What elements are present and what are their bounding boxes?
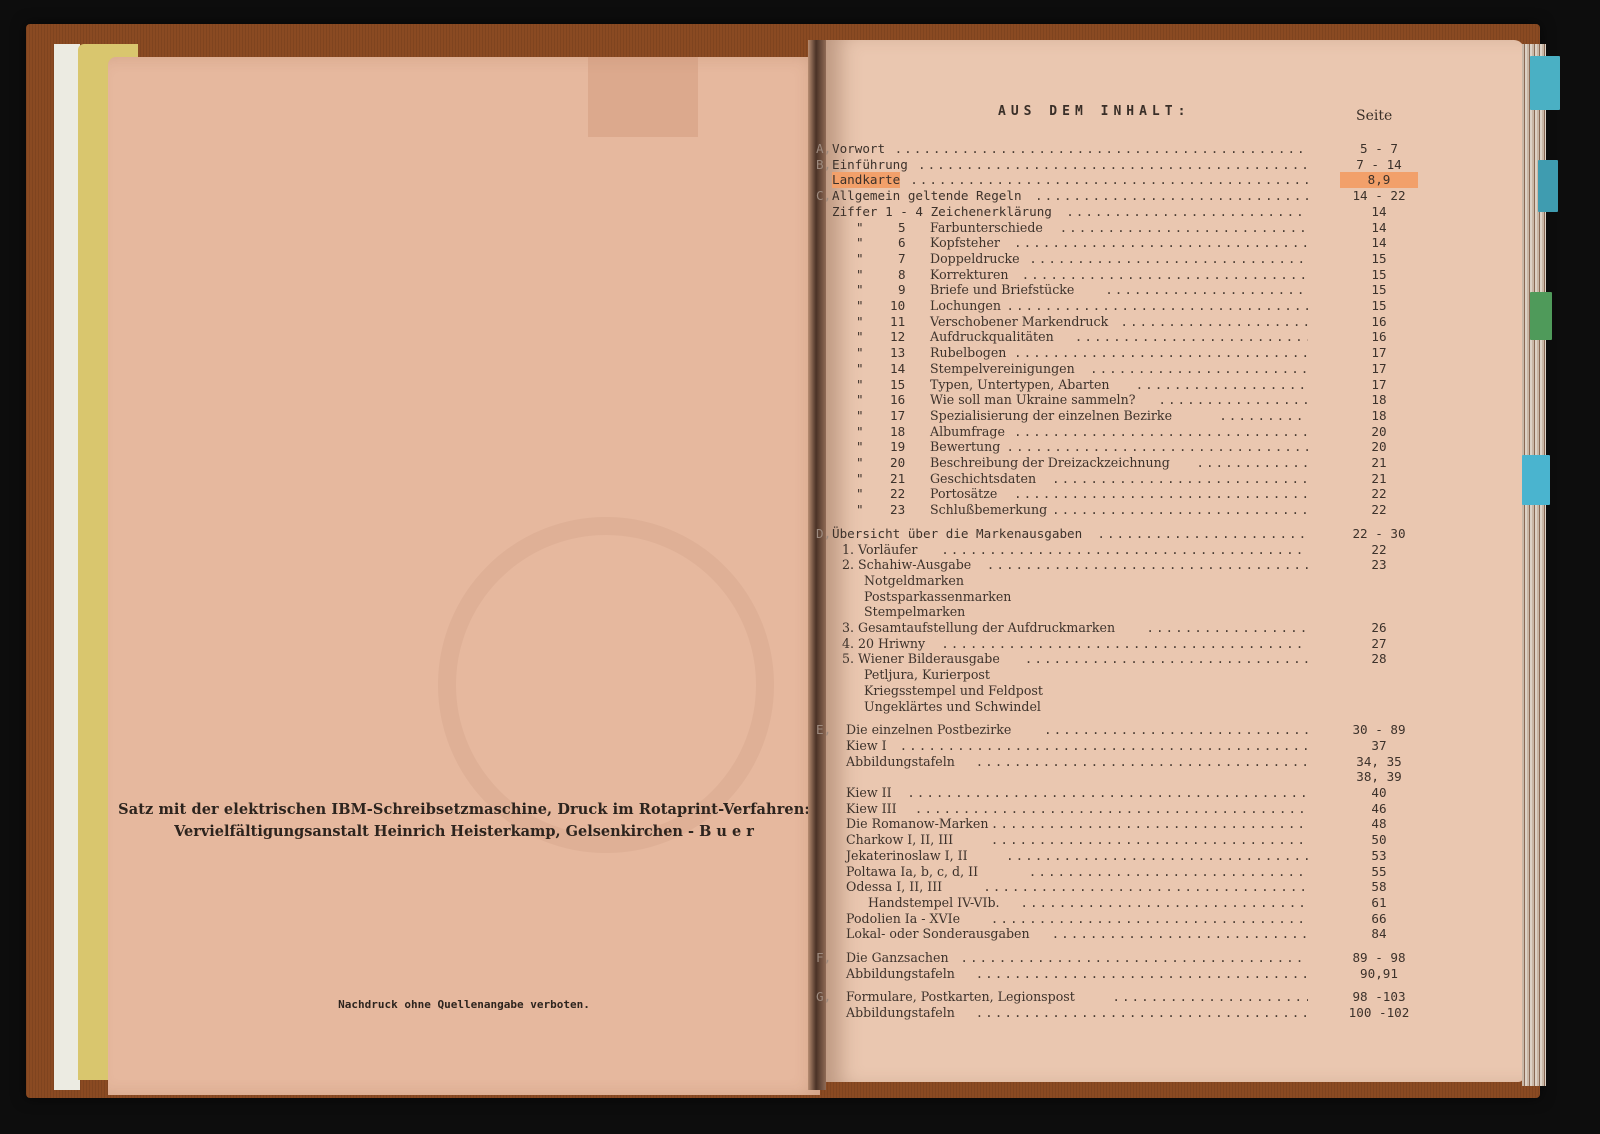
item-number: 15 (890, 377, 905, 393)
section-letter: D, (816, 526, 831, 542)
page-number: 7 - 14 (1340, 157, 1418, 173)
ditto-mark: " (856, 392, 864, 408)
entry-label: Die einzelnen Postbezirke (846, 722, 1011, 738)
entry-label: Rubelbogen (930, 345, 1006, 361)
leader-dots: ........................................… (1035, 188, 1308, 204)
page-number: 37 (1340, 738, 1418, 754)
leader-dots: ........................................… (1136, 377, 1308, 393)
copyright-notice: Nachdruck ohne Quellenangabe verboten. (108, 998, 820, 1011)
leader-dots: ........................................… (983, 879, 1308, 895)
leader-dots: ........................................… (915, 801, 1308, 817)
leader-dots: ........................................… (1052, 502, 1308, 518)
entry-label: Doppeldrucke (930, 251, 1020, 267)
leader-dots: ........................................… (1014, 345, 1308, 361)
entry-label: Bewertung (930, 439, 1000, 455)
leader-dots: ........................................… (1097, 526, 1308, 542)
ditto-mark: " (856, 439, 864, 455)
index-tab (1530, 56, 1560, 110)
entry-label: Ziffer 1 - 4 Zeichenerklärung (832, 204, 1052, 220)
entry-label: Landkarte (832, 172, 900, 188)
leader-dots: ........................................… (1158, 392, 1308, 408)
page-number: 53 (1340, 848, 1418, 864)
page-number: 20 (1340, 439, 1418, 455)
entry-label: Handstempel IV-VIb. (868, 895, 1000, 911)
entry-label: Jekaterinoslaw I, II (846, 848, 968, 864)
leader-dots: ........................................… (941, 636, 1308, 652)
leader-dots: ........................................… (1044, 722, 1308, 738)
leader-dots: ........................................… (1105, 282, 1308, 298)
entry-label: 4. 20 Hriwny (842, 636, 925, 652)
page-number: 8,9 (1340, 172, 1418, 188)
leader-dots: ........................................… (1146, 620, 1308, 636)
ditto-mark: " (856, 455, 864, 471)
entry-label: Briefe und Briefstücke (930, 282, 1074, 298)
page-number: 100 -102 (1340, 1005, 1418, 1021)
ditto-mark: " (856, 502, 864, 518)
entry-label: Übersicht über die Markenausgaben (832, 526, 1082, 542)
item-number: 22 (890, 486, 905, 502)
page-number: 18 (1340, 408, 1418, 424)
leader-dots: ........................................… (1052, 926, 1308, 942)
page-number: 98 -103 (1340, 989, 1418, 1005)
page-number: 55 (1340, 864, 1418, 880)
entry-label: Kiew I (846, 738, 887, 754)
leader-dots: ........................................… (907, 785, 1308, 801)
leader-dots: ........................................… (1112, 989, 1308, 1005)
entry-label: Odessa I, II, III (846, 879, 942, 895)
page-number: 18 (1340, 392, 1418, 408)
item-number: 13 (890, 345, 905, 361)
entry-label: Albumfrage (930, 424, 1005, 440)
entry-label: Abbildungstafeln (846, 966, 955, 982)
page-number: 40 (1340, 785, 1418, 801)
entry-label: Verschobener Markendruck (930, 314, 1108, 330)
page-number: 23 (1340, 557, 1418, 573)
page-number: 90,91 (1340, 966, 1418, 982)
leader-dots: ........................................… (1090, 361, 1308, 377)
section-letter: F, (816, 950, 831, 966)
ditto-mark: " (856, 298, 864, 314)
section-letter: G, (816, 989, 831, 1005)
entry-label: 2. Schahiw-Ausgabe (842, 557, 971, 573)
section-letter: B, (816, 157, 831, 173)
page-number: 14 (1340, 204, 1418, 220)
entry-label: Korrekturen (930, 267, 1009, 283)
leader-dots: ........................................… (910, 172, 1308, 188)
leader-dots: ........................................… (895, 141, 1308, 157)
leader-dots: ........................................… (1014, 486, 1308, 502)
item-number: 20 (890, 455, 905, 471)
entry-label: 1. Vorläufer (842, 542, 917, 558)
section-letter: E, (816, 722, 831, 738)
entry-label: Notgeldmarken (864, 573, 964, 589)
leader-dots: ........................................… (1014, 424, 1308, 440)
page-number: 21 (1340, 455, 1418, 471)
entry-label: Stempelmarken (864, 604, 965, 620)
section-letter: A, (816, 141, 831, 157)
page-number: 17 (1340, 345, 1418, 361)
page-number: 84 (1340, 926, 1418, 942)
page-number: 22 - 30 (1340, 526, 1418, 542)
page-number: 27 (1340, 636, 1418, 652)
page-number: 16 (1340, 314, 1418, 330)
page-number: 15 (1340, 251, 1418, 267)
entry-label: Podolien Ia - XVIe (846, 911, 960, 927)
page-number: 66 (1340, 911, 1418, 927)
entry-label: Abbildungstafeln (846, 1005, 955, 1021)
entry-label: Kriegsstempel und Feldpost (864, 683, 1043, 699)
page-number: 50 (1340, 832, 1418, 848)
page-number: 30 - 89 (1340, 722, 1418, 738)
ditto-mark: " (856, 345, 864, 361)
page-number: 61 (1340, 895, 1418, 911)
entry-label: Poltawa Ia, b, c, d, II (846, 864, 978, 880)
page-number: 38, 39 (1340, 769, 1418, 785)
entry-label: Farbunterschiede (930, 220, 1043, 236)
index-tab (1530, 292, 1552, 340)
imprint-line-1: Satz mit der elektrischen IBM-Schreibset… (108, 801, 820, 818)
item-number: 6 (898, 235, 906, 251)
entry-label: Petljura, Kurierpost (864, 667, 990, 683)
entry-label: Allgemein geltende Regeln (832, 188, 1022, 204)
page-number: 89 - 98 (1340, 950, 1418, 966)
page-number: 14 (1340, 235, 1418, 251)
entry-label: Spezialisierung der einzelnen Bezirke (930, 408, 1172, 424)
item-number: 8 (898, 267, 906, 283)
leader-dots: ........................................… (1052, 471, 1308, 487)
item-number: 21 (890, 471, 905, 487)
ditto-mark: " (856, 361, 864, 377)
page-number: 22 (1340, 486, 1418, 502)
leader-dots: ........................................… (987, 557, 1308, 573)
item-number: 16 (890, 392, 905, 408)
page-number: 58 (1340, 879, 1418, 895)
leader-dots: ........................................… (991, 911, 1308, 927)
leader-dots: ........................................… (976, 754, 1308, 770)
leader-dots: ........................................… (1066, 204, 1308, 220)
item-number: 19 (890, 439, 905, 455)
entry-label: Die Romanow-Marken (846, 816, 988, 832)
ditto-mark: " (856, 471, 864, 487)
leader-dots: ........................................… (1219, 408, 1308, 424)
imprint-line-2: Vervielfältigungsanstalt Heinrich Heiste… (108, 823, 820, 840)
page-number: 46 (1340, 801, 1418, 817)
ditto-mark: " (856, 282, 864, 298)
ditto-mark: " (856, 235, 864, 251)
leader-dots: ........................................… (1025, 651, 1308, 667)
entry-label: Die Ganzsachen (846, 950, 949, 966)
entry-label: Vorwort (832, 141, 885, 157)
page-column-header: Seite (1356, 108, 1392, 124)
leader-dots: ........................................… (1006, 848, 1308, 864)
entry-label: Kiew II (846, 785, 892, 801)
page-number: 14 (1340, 220, 1418, 236)
page-number: 14 - 22 (1340, 188, 1418, 204)
item-number: 23 (890, 502, 905, 518)
ditto-mark: " (856, 329, 864, 345)
leader-dots: ........................................… (991, 832, 1308, 848)
entry-label: Typen, Untertypen, Abarten (930, 377, 1110, 393)
item-number: 9 (898, 282, 906, 298)
page-number: 48 (1340, 816, 1418, 832)
index-tab (1538, 160, 1558, 212)
item-number: 5 (898, 220, 906, 236)
page-number: 22 (1340, 542, 1418, 558)
leader-dots: ........................................… (1006, 439, 1308, 455)
leader-dots: ........................................… (1120, 314, 1308, 330)
index-tab (1522, 455, 1550, 505)
page-number: 5 - 7 (1340, 141, 1418, 157)
page-number: 20 (1340, 424, 1418, 440)
entry-label: Charkow I, II, III (846, 832, 953, 848)
entry-label: Einführung (832, 157, 908, 173)
ditto-mark: " (856, 251, 864, 267)
page-number: 17 (1340, 377, 1418, 393)
page-number: 16 (1340, 329, 1418, 345)
page-number: 26 (1340, 620, 1418, 636)
entry-label: Ungeklärtes und Schwindel (864, 699, 1041, 715)
left-page: Satz mit der elektrischen IBM-Schreibset… (108, 57, 820, 1095)
page-number: 17 (1340, 361, 1418, 377)
section-letter: C, (816, 188, 831, 204)
leader-dots: ........................................… (960, 950, 1308, 966)
endpaper-white (54, 44, 80, 1090)
leader-dots: ........................................… (1060, 220, 1308, 236)
page-number: 28 (1340, 651, 1418, 667)
item-number: 18 (890, 424, 905, 440)
entry-label: Stempelvereinigungen (930, 361, 1075, 377)
entry-label: Abbildungstafeln (846, 754, 955, 770)
leader-dots: ........................................… (1029, 864, 1308, 880)
item-number: 12 (890, 329, 905, 345)
leader-dots: ........................................… (1075, 329, 1308, 345)
leader-dots: ........................................… (976, 966, 1308, 982)
ditto-mark: " (856, 424, 864, 440)
page-number: 21 (1340, 471, 1418, 487)
page-number: 15 (1340, 282, 1418, 298)
page-number: 15 (1340, 267, 1418, 283)
entry-label: Geschichtsdaten (930, 471, 1036, 487)
page-number: 15 (1340, 298, 1418, 314)
entry-label: Formulare, Postkarten, Legionspost (846, 989, 1075, 1005)
entry-label: Aufdruckqualitäten (930, 329, 1054, 345)
item-number: 10 (890, 298, 905, 314)
ditto-mark: " (856, 377, 864, 393)
item-number: 11 (890, 314, 905, 330)
item-number: 14 (890, 361, 905, 377)
entry-label: Postsparkassenmarken (864, 589, 1011, 605)
page-number: 34, 35 (1340, 754, 1418, 770)
entry-label: Wie soll man Ukraine sammeln? (930, 392, 1135, 408)
ditto-mark: " (856, 486, 864, 502)
leader-dots: ........................................… (1196, 455, 1308, 471)
leader-dots: ........................................… (1006, 298, 1308, 314)
entry-label: Kiew III (846, 801, 897, 817)
leader-dots: ........................................… (1029, 251, 1308, 267)
entry-label: Portosätze (930, 486, 997, 502)
item-number: 7 (898, 251, 906, 267)
leader-dots: ........................................… (1014, 235, 1308, 251)
leader-dots: ........................................… (991, 816, 1308, 832)
leader-dots: ........................................… (918, 157, 1308, 173)
entry-label: Lokal- oder Sonderausgaben (846, 926, 1030, 942)
paper-stain (588, 57, 698, 137)
leader-dots: ........................................… (1020, 895, 1308, 911)
page-number: 22 (1340, 502, 1418, 518)
entry-label: Beschreibung der Dreizackzeichnung (930, 455, 1170, 471)
entry-label: Lochungen (930, 298, 1001, 314)
leader-dots: ........................................… (976, 1005, 1308, 1021)
toc-title: AUS DEM INHALT: (998, 104, 1190, 119)
leader-dots: ........................................… (1022, 267, 1308, 283)
leader-dots: ........................................… (900, 738, 1308, 754)
ditto-mark: " (856, 314, 864, 330)
item-number: 17 (890, 408, 905, 424)
ditto-mark: " (856, 408, 864, 424)
ditto-mark: " (856, 267, 864, 283)
ditto-mark: " (856, 220, 864, 236)
entry-label: Kopfsteher (930, 235, 1000, 251)
entry-label: 3. Gesamtaufstellung der Aufdruckmarken (842, 620, 1115, 636)
entry-label: Schlußbemerkung (930, 502, 1047, 518)
entry-label: 5. Wiener Bilderausgabe (842, 651, 1000, 667)
leader-dots: ........................................… (941, 542, 1308, 558)
